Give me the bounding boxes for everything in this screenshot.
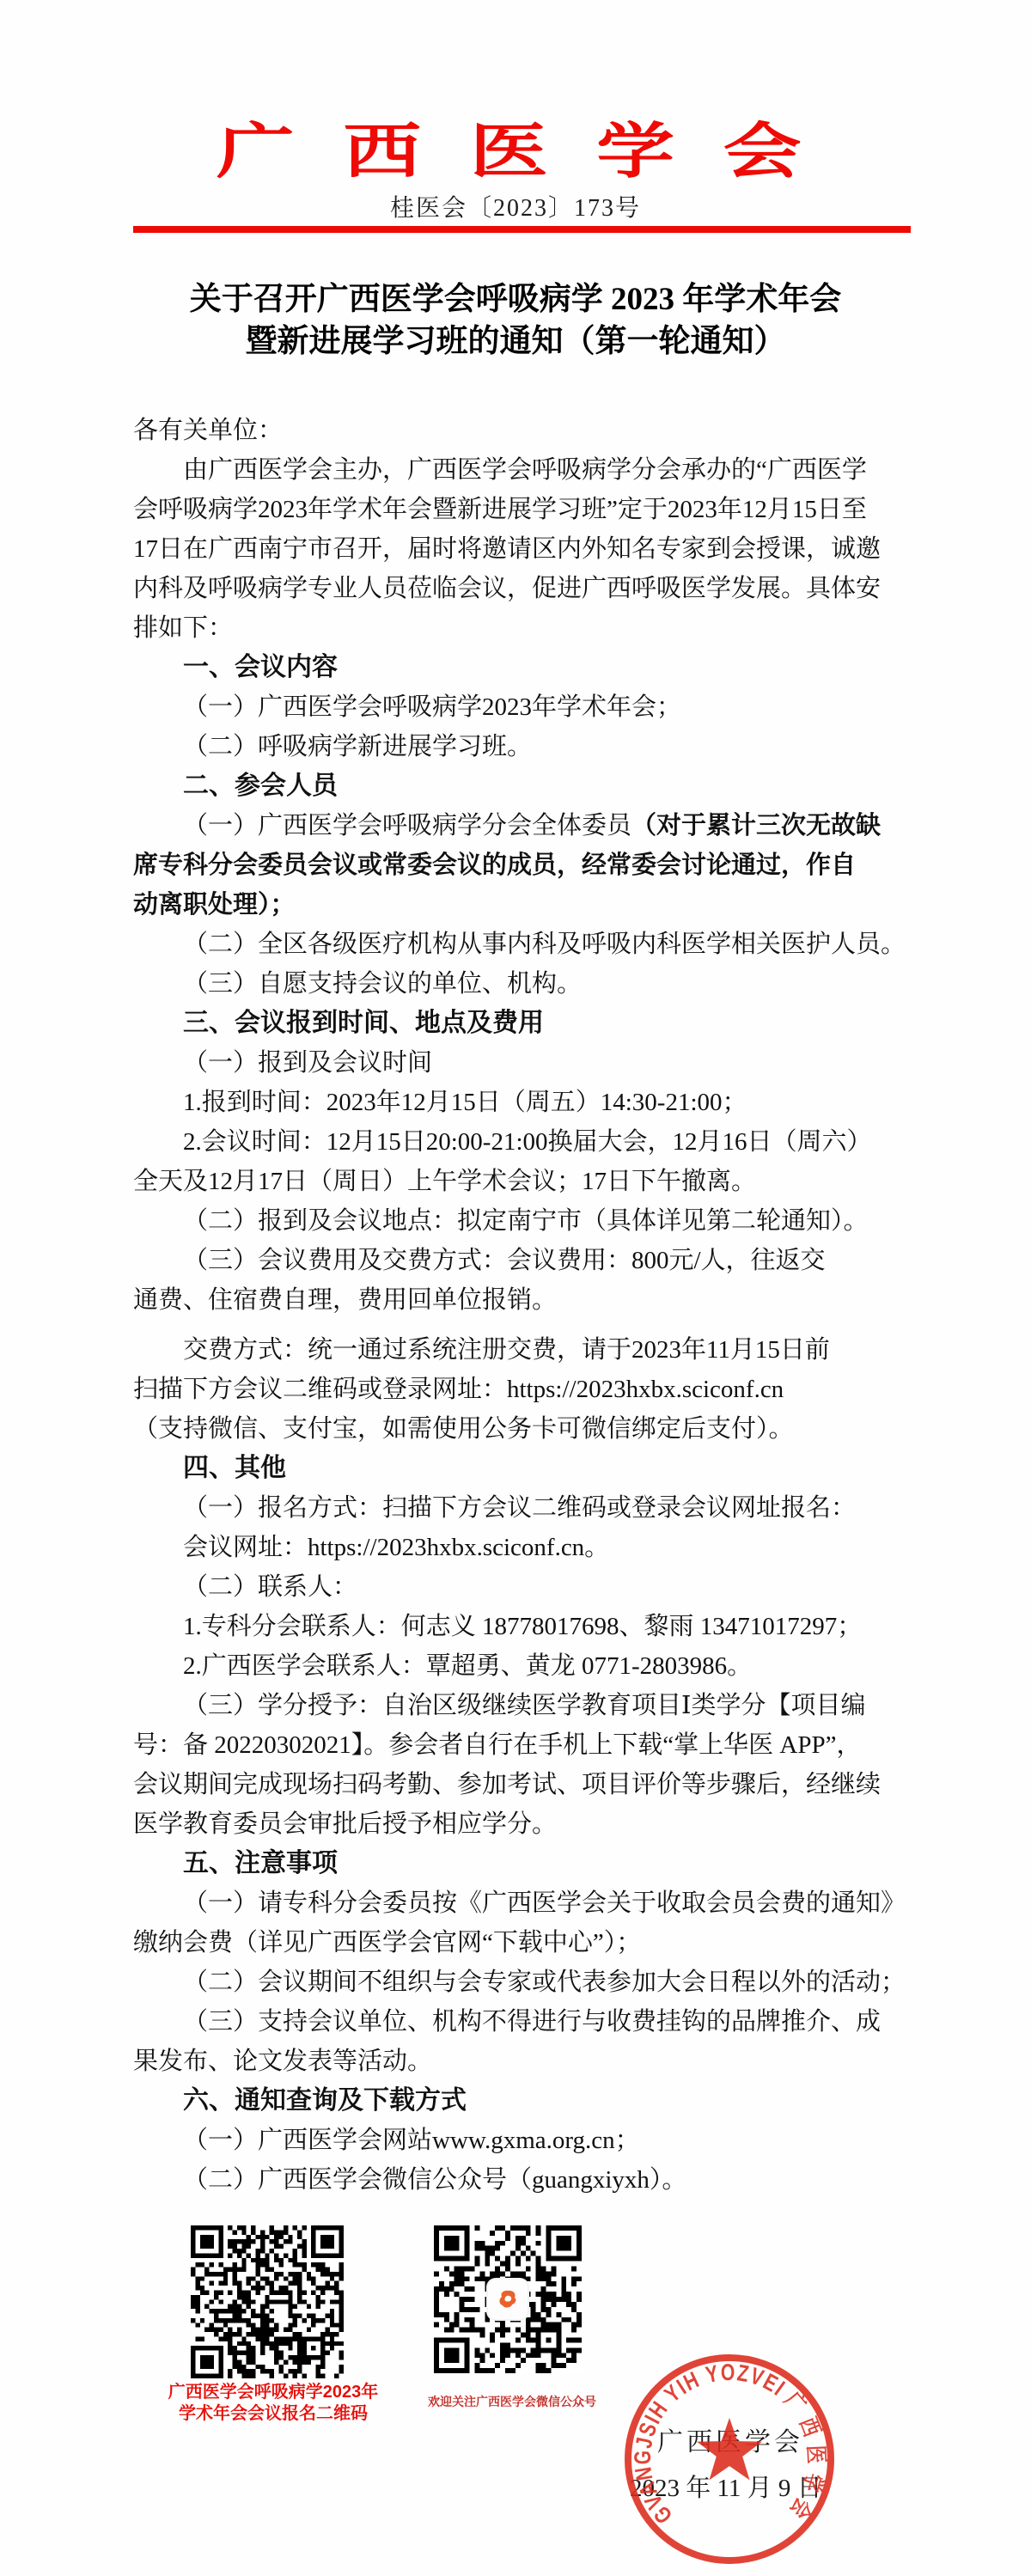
registration-qr-caption: 广西医学会呼吸病学2023年 学术年会会议报名二维码: [136, 2382, 411, 2425]
body-line: 17日在广西南宁市召开，届时将邀请区内外知名专家到会授课，诚邀: [133, 529, 928, 569]
header-divider-rule: [133, 226, 911, 233]
body-line: （三）自愿支持会议的单位、机构。: [133, 964, 928, 1004]
body-line: 通费、住宿费自理，费用回单位报销。: [133, 1280, 928, 1320]
body-line: 果发布、论文发表等活动。: [133, 2042, 928, 2081]
body-line-bold-part: （对于累计三次无故缺: [631, 812, 881, 839]
section-heading: 五、注意事项: [133, 1844, 928, 1883]
body-line: 交费方式：统一通过系统注册交费，请于2023年11月15日前: [133, 1330, 928, 1370]
wechat-qr-caption: 欢迎关注广西医学会微信公众号: [426, 2396, 598, 2410]
body-line: 全天及12月17日（周日）上午学术会议；17日下午撤离。: [133, 1162, 928, 1201]
document-title-line2: 暨新进展学习班的通知（第一轮通知）: [0, 320, 1031, 363]
body-line: 扫描下方会议二维码或登录网址：https://2023hxbx.sciconf.…: [133, 1370, 928, 1409]
notice-body: 各有关单位： 由广西医学会主办，广西医学会呼吸病学分会承办的“广西医学 会呼吸病…: [133, 411, 928, 2200]
body-line: 号：备 20220302021】。参会者自行在手机上下载“掌上华医 APP”，: [133, 1725, 928, 1765]
registration-qr-caption-line2: 学术年会会议报名二维码: [136, 2403, 411, 2425]
body-line: 1.专科分会联系人：何志义 18778017698、黎雨 13471017297…: [133, 1607, 928, 1646]
body-line: 会呼吸病学2023年学术年会暨新进展学习班”定于2023年12月15日至: [133, 490, 928, 529]
document-title-line1: 关于召开广西医学会呼吸病学 2023 年学术年会: [0, 278, 1031, 320]
body-line: 排如下：: [133, 608, 928, 648]
body-line: （二）会议期间不组织与会专家或代表参加大会日程以外的活动；: [133, 1963, 928, 2002]
document-page: 广 西 医 学 会 桂医会〔2023〕173号 关于召开广西医学会呼吸病学 20…: [0, 0, 1031, 2576]
body-line: （三）支持会议单位、机构不得进行与收费挂钩的品牌推介、成: [133, 2002, 928, 2042]
registration-qr-caption-line1: 广西医学会呼吸病学2023年: [136, 2382, 411, 2403]
body-line: （三）会议费用及交费方式：会议费用：800元/人，往返交: [133, 1241, 928, 1280]
section-heading: 二、参会人员: [133, 766, 928, 806]
wechat-account-logo-badge: [488, 2280, 528, 2319]
body-line: （一）请专科分会委员按《广西医学会关于收取会员会费的通知》: [133, 1883, 928, 1923]
organization-title: 广 西 医 学 会: [0, 119, 1031, 184]
registration-qr-code-icon: [191, 2225, 344, 2378]
guangxi-logo-icon: [495, 2286, 521, 2312]
body-line: （三）学分授予：自治区级继续医学教育项目Ⅰ类学分【项目编: [133, 1686, 928, 1725]
body-line: （一）广西医学会呼吸病学分会全体委员（对于累计三次无故缺: [133, 806, 928, 845]
body-line: （二）报到及会议地点：拟定南宁市（具体详见第二轮通知）。: [133, 1201, 928, 1241]
body-line: （二）全区各级医疗机构从事内科及呼吸内科医学相关医护人员。: [133, 925, 928, 964]
section-heading: 四、其他: [133, 1449, 928, 1488]
body-line: 1.报到时间：2023年12月15日（周五）14:30-21:00；: [133, 1083, 928, 1122]
body-line: 2.广西医学会联系人：覃超勇、黄龙 0771-2803986。: [133, 1646, 928, 1686]
body-line: （二）联系人：: [133, 1567, 928, 1607]
body-line: 动离职处理）；: [133, 885, 928, 925]
body-line-normal-part: （一）广西医学会呼吸病学分会全体委员: [183, 812, 631, 839]
body-line: 席专科分会委员会议或常委会议的成员，经常委会讨论通过，作自: [133, 845, 928, 885]
body-line: （一）广西医学会网站www.gxma.org.cn；: [133, 2121, 928, 2160]
body-line: （一）报名方式：扫描下方会议二维码或登录会议网址报名：: [133, 1488, 928, 1528]
body-line: 由广西医学会主办，广西医学会呼吸病学分会承办的“广西医学: [133, 450, 928, 490]
document-title: 关于召开广西医学会呼吸病学 2023 年学术年会 暨新进展学习班的通知（第一轮通…: [0, 278, 1031, 363]
body-line: 2.会议时间：12月15日20:00-21:00换届大会，12月16日（周六）: [133, 1122, 928, 1162]
seal-star-icon: [697, 2418, 762, 2480]
body-line: 各有关单位：: [133, 411, 928, 450]
body-line: 会议网址：https://2023hxbx.sciconf.cn。: [133, 1528, 928, 1567]
section-heading: 三、会议报到时间、地点及费用: [133, 1004, 928, 1043]
body-line: 缴纳会费（详见广西医学会官网“下载中心”）；: [133, 1923, 928, 1963]
document-number: 桂医会〔2023〕173号: [0, 194, 1031, 223]
body-line: 医学教育委员会审批后授予相应学分。: [133, 1804, 928, 1844]
body-line: （一）广西医学会呼吸病学2023年学术年会；: [133, 687, 928, 727]
official-seal-icon: GVANGJSIH YIH YOZVEI 广 西 医 学 会: [619, 2351, 839, 2571]
body-line: （支持微信、支付宝，如需使用公务卡可微信绑定后支付）。: [133, 1409, 928, 1449]
body-line: 会议期间完成现场扫码考勤、参加考试、项目评价等步骤后，经继续: [133, 1765, 928, 1804]
body-line: （一）报到及会议时间: [133, 1043, 928, 1083]
section-heading: 一、会议内容: [133, 648, 928, 687]
body-line: （二）广西医学会微信公众号（guangxiyxh）。: [133, 2160, 928, 2200]
body-line: 内科及呼吸病学专业人员莅临会议，促进广西呼吸医学发展。具体安: [133, 569, 928, 608]
body-line: （二）呼吸病学新进展学习班。: [133, 727, 928, 766]
section-heading: 六、通知查询及下载方式: [133, 2081, 928, 2121]
